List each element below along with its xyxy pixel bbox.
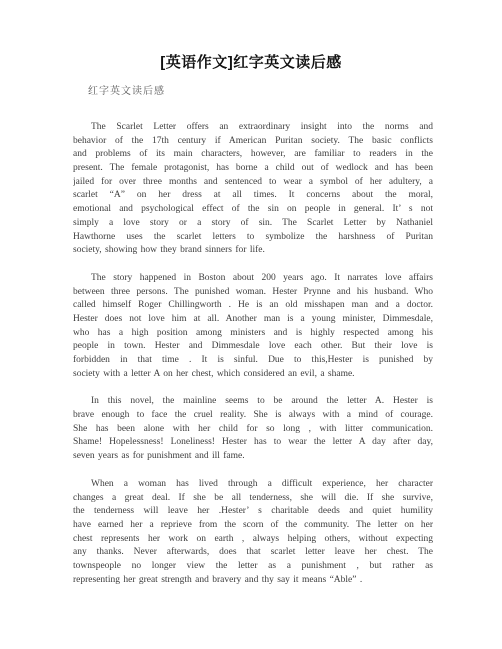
- text-line: simply a love story or a story of sin. T…: [73, 217, 433, 231]
- paragraph: When a woman has lived through a difficu…: [73, 478, 433, 588]
- text-line: have earned her a reprieve from the scor…: [73, 519, 433, 533]
- paragraph: In this novel, the mainline seems to be …: [73, 395, 433, 463]
- text-line: When a woman has lived through a difficu…: [73, 478, 433, 492]
- text-line: Shame! Hopelessness! Loneliness! Hester …: [73, 436, 433, 450]
- text-line: changes a great deal. If she be all tend…: [73, 492, 433, 506]
- text-line: society with a letter A on her chest, wh…: [73, 368, 433, 382]
- text-line: brave enough to face the cruel reality. …: [73, 409, 433, 423]
- text-line: and problems of its main characters, how…: [73, 148, 433, 162]
- text-line: seven years as for punishment and ill fa…: [73, 450, 433, 464]
- document-body: The Scarlet Letter offers an extraordina…: [73, 121, 433, 587]
- text-line: between three persons. The punished woma…: [73, 286, 433, 300]
- text-line: society, showing how they brand sinners …: [73, 244, 433, 258]
- text-line: the tenderness will leave her .Hester’ s…: [73, 505, 433, 519]
- text-line: any thanks. Never afterwards, does that …: [73, 546, 433, 560]
- text-line: Hester does not love him at all. Another…: [73, 313, 433, 327]
- text-line: present. The female protagonist, has bor…: [73, 162, 433, 176]
- text-line: forbidden in that time . It is sinful. D…: [73, 354, 433, 368]
- text-line: scarlet “A” on her dress at all times. I…: [73, 189, 433, 203]
- text-line: representing her great strength and brav…: [73, 574, 433, 588]
- text-line: who has a high position among ministers …: [73, 327, 433, 341]
- text-line: called himself Roger Chillingworth . He …: [73, 299, 433, 313]
- paragraph: The story happened in Boston about 200 y…: [73, 272, 433, 382]
- text-line: townspeople no longer view the letter as…: [73, 560, 433, 574]
- text-line: jailed for over three months and sentenc…: [73, 176, 433, 190]
- paragraph: The Scarlet Letter offers an extraordina…: [73, 121, 433, 258]
- text-line: The Scarlet Letter offers an extraordina…: [73, 121, 433, 135]
- text-line: chest represents her work on earth , alw…: [73, 533, 433, 547]
- text-line: people in town. Hester and Dimmesdale lo…: [73, 340, 433, 354]
- text-line: She has been alone with her child for so…: [73, 423, 433, 437]
- document-subtitle: 红字英文读后感: [88, 85, 502, 98]
- text-line: behavior of the 17th century if American…: [73, 135, 433, 149]
- document-page: [英语作文]红字英文读后感 红字英文读后感 The Scarlet Letter…: [0, 0, 502, 649]
- text-line: The story happened in Boston about 200 y…: [73, 272, 433, 286]
- document-title: [英语作文]红字英文读后感: [0, 0, 502, 72]
- text-line: emotional and psychological effect of th…: [73, 203, 433, 217]
- text-line: Hawthorne uses the scarlet letters to sy…: [73, 231, 433, 245]
- text-line: In this novel, the mainline seems to be …: [73, 395, 433, 409]
